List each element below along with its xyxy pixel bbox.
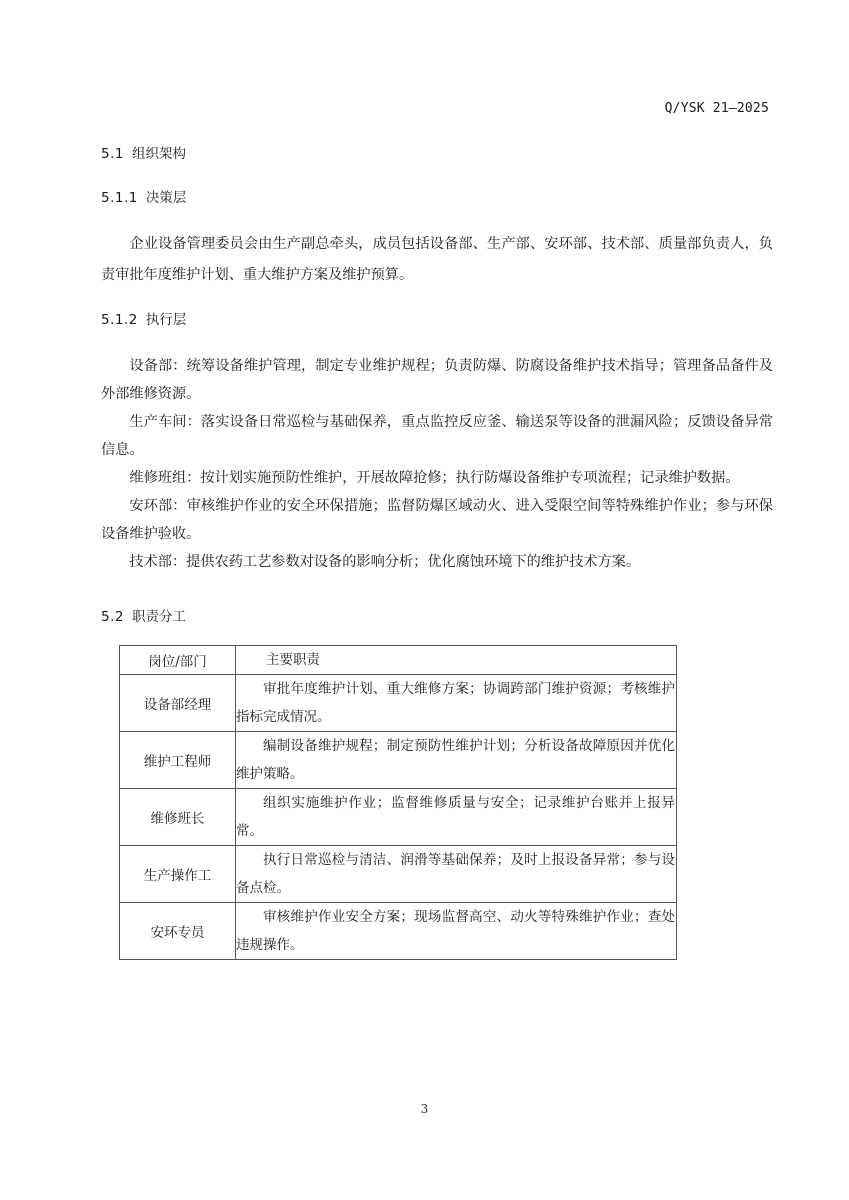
header-role: 岗位/部门 bbox=[120, 646, 236, 675]
paragraph-decision-layer: 企业设备管理委员会由生产副总牵头，成员包括设备部、生产部、安环部、技术部、质量部… bbox=[101, 229, 773, 290]
heading-title: 执行层 bbox=[146, 312, 187, 328]
heading-title: 职责分工 bbox=[132, 609, 186, 625]
heading-5-1-2: 5.1.2执行层 bbox=[101, 308, 186, 328]
paragraph-equipment-dept: 设备部：统筹设备维护管理，制定专业维护规程；负责防爆、防腐设备维护技术指导；管理… bbox=[101, 353, 773, 408]
cell-role: 生产操作工 bbox=[120, 846, 236, 903]
heading-5-1: 5.1组织架构 bbox=[101, 142, 186, 162]
heading-title: 组织架构 bbox=[132, 146, 186, 162]
cell-duty: 编制设备维护规程；制定预防性维护计划；分析设备故障原因并优化维护策略。 bbox=[236, 732, 677, 789]
responsibility-table: 岗位/部门 主要职责 设备部经理 审批年度维护计划、重大维修方案；协调跨部门维护… bbox=[119, 645, 677, 960]
table-header-row: 岗位/部门 主要职责 bbox=[120, 646, 677, 675]
cell-duty: 执行日常巡检与清洁、润滑等基础保养；及时上报设备异常；参与设备点检。 bbox=[236, 846, 677, 903]
table-row: 安环专员 审核维护作业安全方案；现场监督高空、动火等特殊维护作业；查处违规操作。 bbox=[120, 903, 677, 960]
page-number: 3 bbox=[0, 1102, 849, 1116]
document-code: Q/YSK 21—2025 bbox=[665, 101, 769, 116]
paragraph-safety-env-dept: 安环部：审核维护作业的安全环保措施；监督防爆区域动火、进入受限空间等特殊维护作业… bbox=[101, 493, 773, 548]
table-row: 生产操作工 执行日常巡检与清洁、润滑等基础保养；及时上报设备异常；参与设备点检。 bbox=[120, 846, 677, 903]
heading-title: 决策层 bbox=[146, 190, 187, 206]
table-row: 设备部经理 审批年度维护计划、重大维修方案；协调跨部门维护资源；考核维护指标完成… bbox=[120, 675, 677, 732]
paragraph-repair-team: 维修班组：按计划实施预防性维护，开展故障抢修；执行防爆设备维护专项流程；记录维护… bbox=[101, 465, 773, 493]
table-row: 维护工程师 编制设备维护规程；制定预防性维护计划；分析设备故障原因并优化维护策略… bbox=[120, 732, 677, 789]
heading-5-2: 5.2职责分工 bbox=[101, 605, 186, 625]
cell-duty: 审批年度维护计划、重大维修方案；协调跨部门维护资源；考核维护指标完成情况。 bbox=[236, 675, 677, 732]
heading-number: 5.2 bbox=[101, 609, 124, 625]
paragraph-production-workshop: 生产车间：落实设备日常巡检与基础保养，重点监控反应釜、输送泵等设备的泄漏风险；反… bbox=[101, 409, 773, 464]
heading-number: 5.1 bbox=[101, 146, 124, 162]
cell-duty: 组织实施维护作业；监督维修质量与安全；记录维护台账并上报异常。 bbox=[236, 789, 677, 846]
paragraph-technical-dept: 技术部：提供农药工艺参数对设备的影响分析；优化腐蚀环境下的维护技术方案。 bbox=[101, 549, 773, 577]
heading-number: 5.1.1 bbox=[101, 190, 138, 206]
cell-role: 维修班长 bbox=[120, 789, 236, 846]
cell-role: 维护工程师 bbox=[120, 732, 236, 789]
heading-number: 5.1.2 bbox=[101, 312, 138, 328]
cell-role: 设备部经理 bbox=[120, 675, 236, 732]
cell-role: 安环专员 bbox=[120, 903, 236, 960]
cell-duty: 审核维护作业安全方案；现场监督高空、动火等特殊维护作业；查处违规操作。 bbox=[236, 903, 677, 960]
table-row: 维修班长 组织实施维护作业；监督维修质量与安全；记录维护台账并上报异常。 bbox=[120, 789, 677, 846]
header-duty: 主要职责 bbox=[236, 646, 677, 675]
heading-5-1-1: 5.1.1决策层 bbox=[101, 186, 186, 206]
